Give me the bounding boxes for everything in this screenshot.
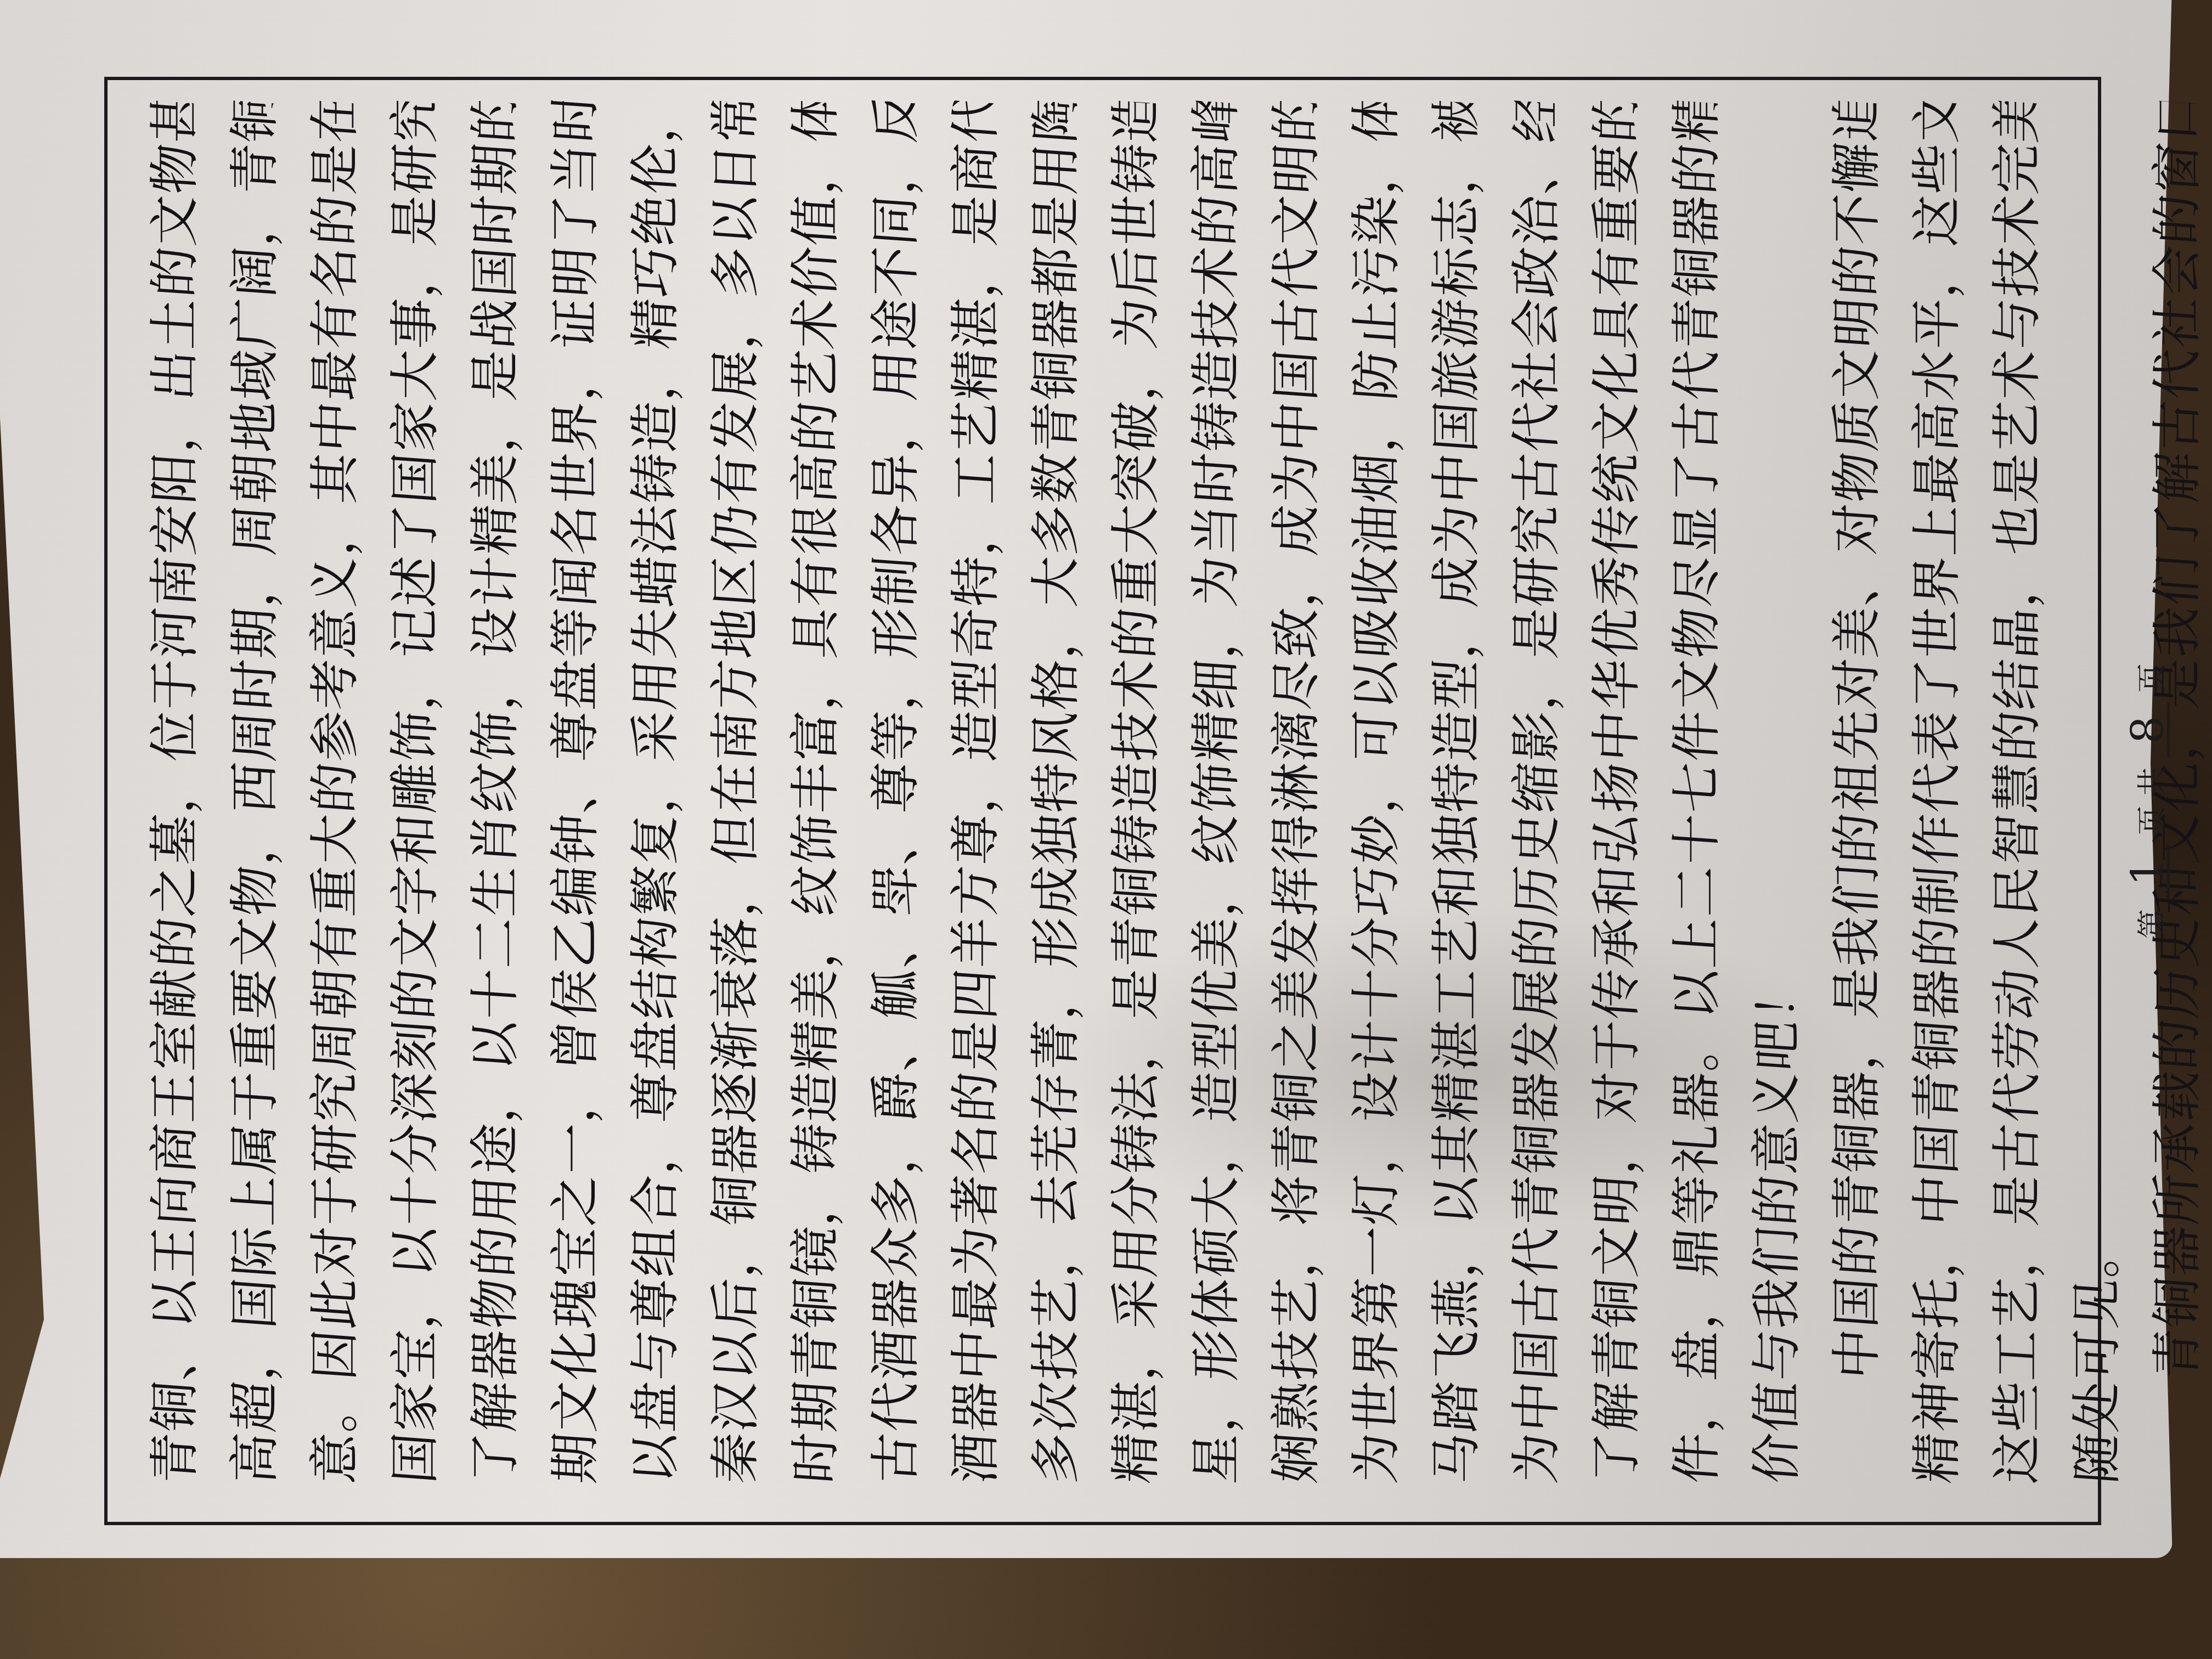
essay-line: 高超，国际上属于重要文物，西周时期，周朝地域广阔，青铜器也盛行，诸侯分封，铭文记… — [215, 99, 295, 1486]
essay-line: 这些工艺，是古代劳动人民智慧的结晶，也是艺术与技术完美结合的产物，值得我们珍视。 — [1977, 99, 2057, 1486]
essay-line: 马踏飞燕，以其精湛工艺和独特造型，成为中国旅游标志，被誉为中国古代艺术的瑰宝。 — [1417, 99, 1497, 1486]
essay-line: 精神寄托，中国青铜器的制作代表了世界上最高水平，这些文物是中国文化的重要组成部分 — [1897, 99, 1977, 1486]
essay-line: 为中国古代青铜器发展的历史缩影，是研究古代社会政治、经济、文化的重要实物资料。 — [1497, 99, 1577, 1486]
essay-line: 意。因此对于研究周朝有重大的参考意义，其中最有名的是在陕西出土的毛公鼎，铭文共 — [295, 99, 375, 1486]
essay-line: 时期青铜镜，铸造精美，纹饰丰富，具有很高的艺术价值，体现了当时人们的审美情趣。 — [776, 99, 856, 1486]
footer-prefix: 第 — [2135, 909, 2170, 939]
essay-line: 酒器中最为著名的是四羊方尊，造型奇特，工艺精湛，是商代青铜器中的杰出代表。 — [936, 99, 1016, 1486]
essay-line: 期文化瑰宝之一，曾侯乙编钟、尊盘等闻名世界，证明了当时的铸造技艺已达到极高水平。 — [535, 99, 616, 1486]
essay-line: 了解青铜文明，对于传承和弘扬中华优秀传统文化具有重要的意义，最后一件便是四 — [1577, 99, 1657, 1486]
essay-line: 价值与我们的意义吧！ — [1737, 99, 1817, 1486]
page-border-frame: 青铜、以王向商王室献的之墓，位于河南安阳，出土的文物甚多，以鼎为主，后母戊鼎，思… — [104, 77, 2101, 1525]
essay-line: 秦汉以后，铜器逐渐衰落，但在南方地区仍有发展，多以日常用具为主，风格简朴，实用为… — [696, 99, 776, 1486]
total-page-count: 8 — [2129, 702, 2170, 757]
essay-line: 青铜、以王向商王室献的之墓，位于河南安阳，出土的文物甚多，以鼎为主，后母戊鼎，思… — [135, 99, 215, 1486]
essay-line: 精湛，采用分铸法，是青铜铸造技术的重大突破，为后世铸造工艺奠定了基础。 — [1096, 99, 1176, 1486]
essay-line: 随处可见。 — [2057, 99, 2137, 1486]
footer-middle: 页 共 — [2135, 766, 2170, 835]
essay-line: 星，形体硕大，造型优美，纹饰精细，为当时铸造技术的高峰，令人叹为观止。 — [1176, 99, 1256, 1486]
essay-line: 古代酒器众多，爵、觚、斝、尊等，形制各异，用途不同，反映了古人饮酒礼仪的讲究。 — [856, 99, 936, 1486]
footer-suffix: 页 — [2135, 663, 2170, 693]
essay-line-paragraph-start: 中国的青铜器，是我们的祖先对美、对物质文明的不懈追求，是我们民族的骄傲和象征。 — [1817, 99, 1897, 1486]
essay-line: 了解器物的用途，以十二生肖纹饰，设计精美，是战国时期的代表作品，其中以曾侯乙墓 — [455, 99, 535, 1486]
page-number-footer: 第 1 页 共 8 页 — [2129, 77, 2171, 1525]
essay-line: 娴熟技艺，将青铜之美发挥得淋漓尽致，成为中国古代文明的重要象征之一。 — [1256, 99, 1336, 1486]
essay-line: 件，盘，鼎等礼器。以上二十七件文物尽显了古代青铜器的精美与价值。 — [1657, 99, 1737, 1486]
essay-line: 为世界第一灯，设计十分巧妙，可以吸收油烟，防止污染，体现了古人的环保理念。 — [1336, 99, 1417, 1486]
essay-line: 多次技艺，去芜存菁，形成独特风格，大多数青铜器都是用陶范法铸造，体现了精湛的技艺… — [1016, 99, 1096, 1486]
current-page-number: 1 — [2129, 845, 2170, 900]
essay-line: 以盘与尊组合，尊盘结构繁复，采用失蜡法铸造，精巧绝伦，是青铜工艺的巅峰之作。 — [616, 99, 696, 1486]
essay-line: 国家宝，以十分深刻的文字和雕饰，记述了国家大事，是研究当时社会的重要资料。 — [375, 99, 455, 1486]
rotated-page: 青铜、以王向商王室献的之墓，位于河南安阳，出土的文物甚多，以鼎为主，后母戊鼎，思… — [104, 77, 2101, 1525]
